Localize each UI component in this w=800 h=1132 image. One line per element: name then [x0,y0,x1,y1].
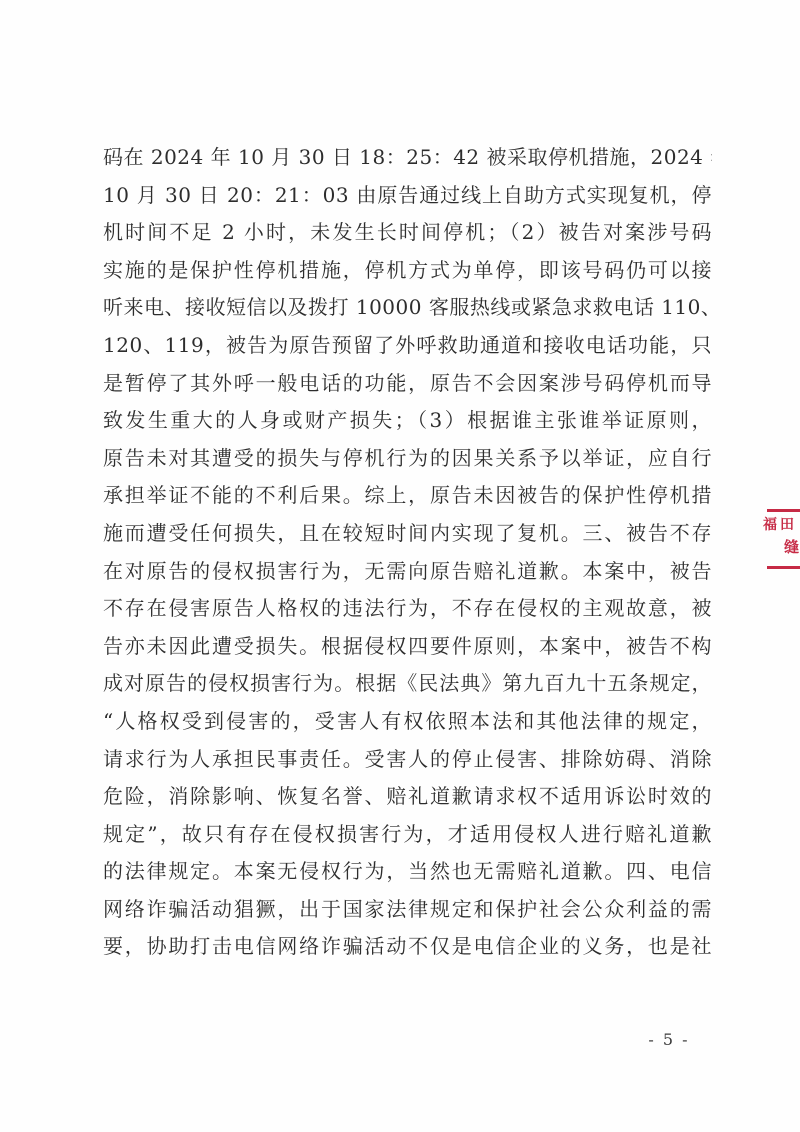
text-line: 原告未对其遭受的损失与停机行为的因果关系予以举证，应自行 [103,440,712,478]
text-line: 承担举证不能的不利后果。综上，原告未因被告的保护性停机措 [103,477,712,515]
seal-bottom-rule [767,566,800,569]
text-line: 请求行为人承担民事责任。受害人的停止侵害、排除妨碍、消除 [103,741,712,779]
text-line: 机时间不足 2 小时，未发生长时间停机；（2）被告对案涉号码 [103,214,712,252]
seal-top-rule [767,509,800,512]
text-line: 听来电、接收短信以及拨打 10000 客服热线或紧急求救电话 110、 [103,289,712,327]
text-line: 致发生重大的人身或财产损失；（3）根据谁主张谁举证原则， [103,402,712,440]
text-line: 实施的是保护性停机措施，停机方式为单停，即该号码仍可以接 [103,252,712,290]
text-line: 120、119，被告为原告预留了外呼救助通道和接收电话功能，只 [103,327,712,365]
body-text: 码在 2024 年 10 月 30 日 18：25：42 被采取停机措施，202… [103,139,712,966]
text-line: 不存在侵害原告人格权的违法行为，不存在侵权的主观故意，被 [103,590,712,628]
seal-text-bottom: 缝 [784,536,799,557]
text-line: 码在 2024 年 10 月 30 日 18：25：42 被采取停机措施，202… [103,139,712,177]
court-seam-seal-fragment: 福田 缝 [762,506,800,572]
text-line: 在对原告的侵权损害行为，无需向原告赔礼道歉。本案中，被告 [103,553,712,591]
document-page: 码在 2024 年 10 月 30 日 18：25：42 被采取停机措施，202… [0,0,800,1132]
text-line: 告亦未因此遭受损失。根据侵权四要件原则，本案中，被告不构 [103,628,712,666]
seal-text-top: 福田 [763,514,797,534]
text-line: 规定”，故只有存在侵权损害行为，才适用侵权人进行赔礼道歉 [103,816,712,854]
text-line: 10 月 30 日 20：21：03 由原告通过线上自助方式实现复机，停 [103,177,712,215]
text-line: 危险，消除影响、恢复名誉、赔礼道歉请求权不适用诉讼时效的 [103,778,712,816]
text-line: 的法律规定。本案无侵权行为，当然也无需赔礼道歉。四、电信 [103,853,712,891]
text-line: 要，协助打击电信网络诈骗活动不仅是电信企业的义务，也是社 [103,928,712,966]
text-line: “人格权受到侵害的，受害人有权依照本法和其他法律的规定， [103,703,712,741]
text-line: 成对原告的侵权损害行为。根据《民法典》第九百九十五条规定， [103,665,712,703]
page-number: - 5 - [636,1029,702,1051]
text-line: 网络诈骗活动猖獗，出于国家法律规定和保护社会公众利益的需 [103,891,712,929]
text-line: 施而遭受任何损失，且在较短时间内实现了复机。三、被告不存 [103,515,712,553]
text-line: 是暂停了其外呼一般电话的功能，原告不会因案涉号码停机而导 [103,365,712,403]
